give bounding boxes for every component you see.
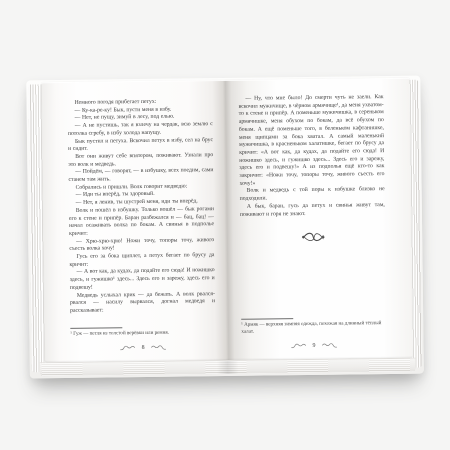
footnote-rule xyxy=(241,318,293,320)
product-photo-scene: Немного погодя прибегает петух:— Ку-ка-р… xyxy=(0,0,450,450)
pagenum-flourish-right-icon xyxy=(321,342,337,349)
paragraph: — А не пустишь, так я взлечу на чердак, … xyxy=(68,121,213,138)
pagenum-flourish-right-icon xyxy=(151,344,167,351)
footnote-rule xyxy=(70,327,122,329)
left-page-text: Немного погодя прибегает петух:— Ку-ка-р… xyxy=(68,98,216,315)
paragraph: Бык пустил и петуха. Вскочил петух в изб… xyxy=(68,137,213,154)
pagenum-flourish-left-icon xyxy=(120,344,136,351)
paragraph: Волк и медведь с той поры к избушке близ… xyxy=(240,186,385,203)
right-page-number-row: 9 xyxy=(242,341,387,350)
paragraph: — Пойдём, — говорят, — в избушку, всех п… xyxy=(68,167,213,184)
paragraph: — Хрю-хрю-хрю! Ножи точу, топоры точу, ж… xyxy=(69,237,214,254)
tale-end-ornament-icon xyxy=(240,230,385,245)
paragraph: — Ну, что мне было! До смерти чуть не за… xyxy=(238,94,384,188)
right-page: — Ну, что мне было! До смерти чуть не за… xyxy=(225,78,412,360)
right-page-text: — Ну, что мне было! До смерти чуть не за… xyxy=(238,94,384,219)
left-page-number-row: 8 xyxy=(71,343,216,352)
left-page-number: 8 xyxy=(142,344,145,350)
paragraph: — А вот как, да кудах, да подайте его сю… xyxy=(70,268,215,293)
open-book: Немного погодя прибегает петух:— Ку-ка-р… xyxy=(28,78,421,363)
right-page-number: 9 xyxy=(313,342,316,348)
footnote-text: ¹ Армяк — верхняя зимняя одежда, похожая… xyxy=(241,320,386,335)
right-page-footnote: ¹ Армяк — верхняя зимняя одежда, похожая… xyxy=(241,314,386,336)
paragraph: А бык, баран, гусь да петух и свинья жив… xyxy=(240,202,385,219)
pagenum-flourish-left-icon xyxy=(290,342,306,349)
page-spread: Немного погодя прибегает петух:— Ку-ка-р… xyxy=(41,78,412,362)
footnote-text: ¹ Гуж — петля из толстой верёвки или рем… xyxy=(70,329,215,338)
left-page-footnote: ¹ Гуж — петля из толстой верёвки или рем… xyxy=(70,323,215,338)
paragraph: Волк и пошёл в избушку. Только вошёл — б… xyxy=(69,206,214,239)
paragraph: Медведь услыхал крик — да бежать. А волк… xyxy=(70,291,215,316)
left-page: Немного погодя прибегает петух:— Ку-ка-р… xyxy=(41,80,228,362)
